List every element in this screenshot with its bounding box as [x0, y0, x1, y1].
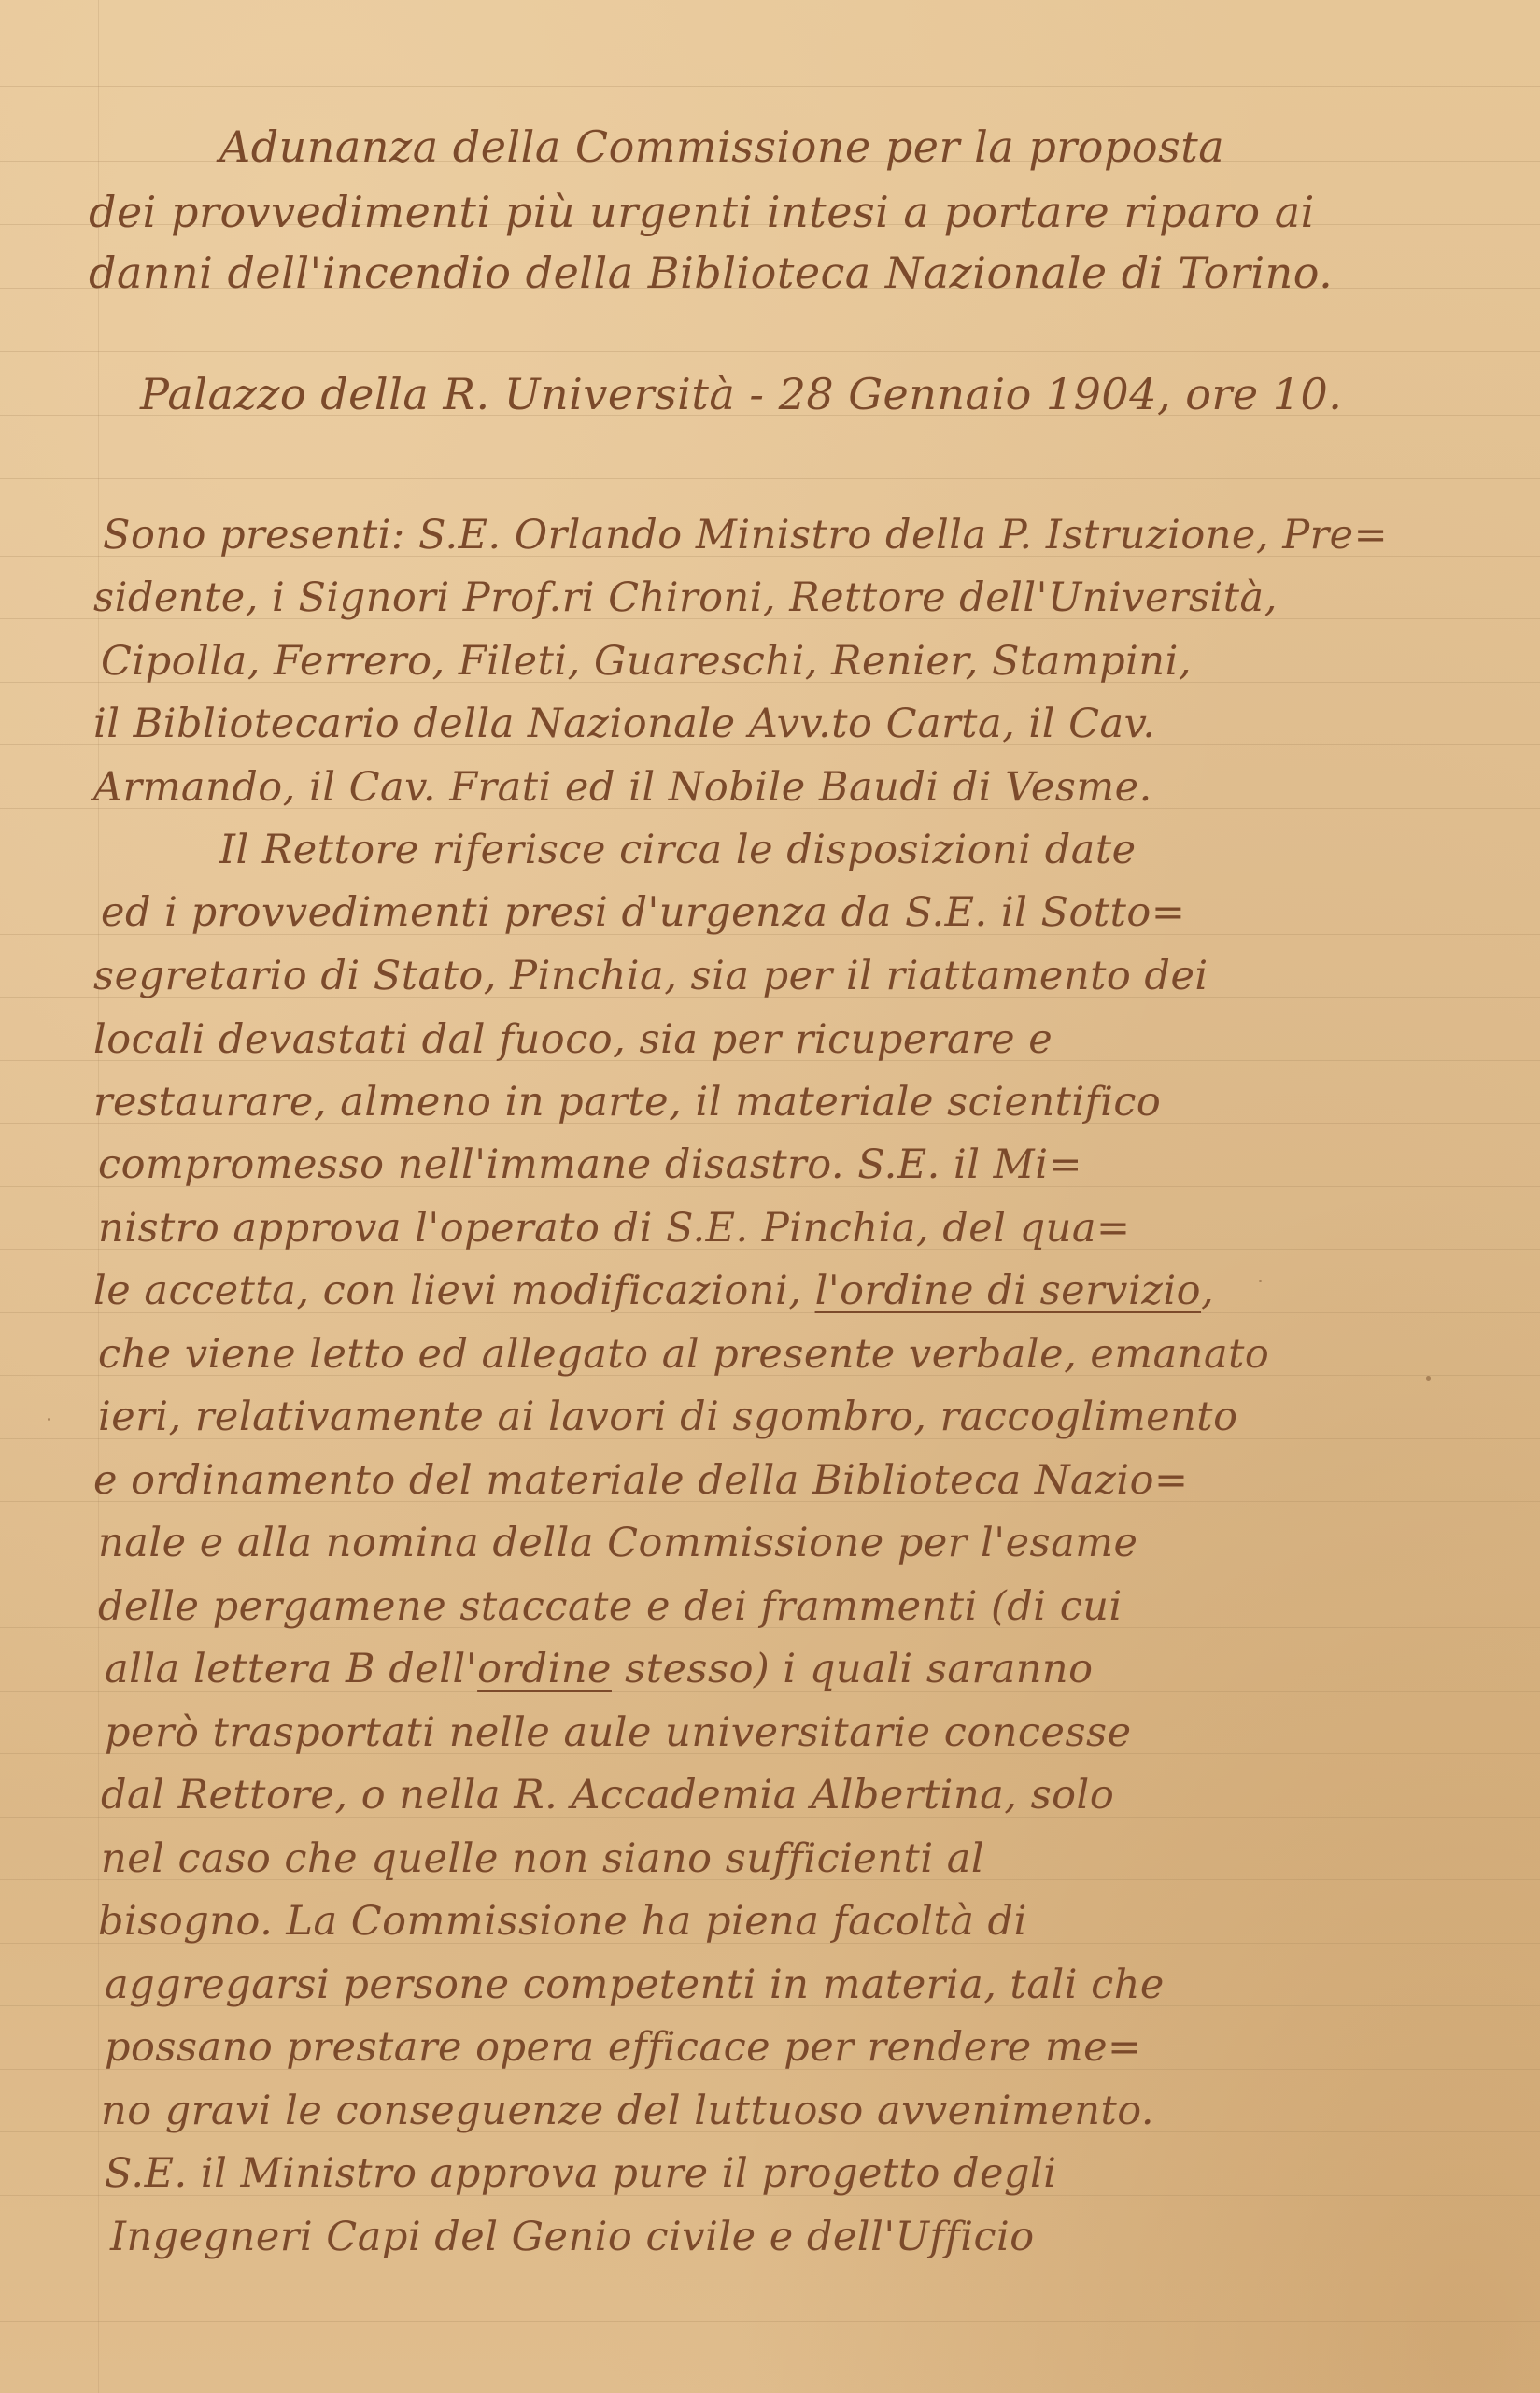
body-line: Cipolla, Ferrero, Fileti, Guareschi, Ren… — [101, 638, 1192, 685]
ink-speck — [48, 1418, 50, 1421]
body-line: alla lettera B dell'ordine stesso) i qua… — [105, 1646, 1094, 1692]
body-line: nistro approva l'operato di S.E. Pinchia… — [98, 1205, 1131, 1252]
body-line: bisogno. La Commissione ha piena facoltà… — [98, 1898, 1027, 1945]
body-line: le accetta, con lievi modificazioni, l'o… — [93, 1267, 1214, 1314]
dateline: Palazzo della R. Università - 28 Gennaio… — [140, 369, 1342, 419]
body-line: ed i provvedimenti presi d'urgenza da S.… — [101, 889, 1185, 936]
title-line-1: Adunanza della Commissione per la propos… — [219, 121, 1224, 172]
ruled-line — [0, 478, 1540, 479]
body-line: il Bibliotecario della Nazionale Avv.to … — [93, 701, 1156, 747]
underlined-phrase: ordine — [477, 1646, 612, 1692]
body-line: no gravi le conseguenze del luttuoso avv… — [101, 2088, 1154, 2134]
title-line-2: dei provvedimenti più urgenti intesi a p… — [89, 187, 1315, 237]
body-line: locali devastati dal fuoco, sia per ricu… — [93, 1016, 1053, 1063]
ruled-line — [0, 86, 1540, 87]
body-line: però trasportati nelle aule universitari… — [105, 1709, 1132, 1756]
body-line: possano prestare opera efficace per rend… — [105, 2024, 1142, 2071]
body-line: ieri, relativamente ai lavori di sgombro… — [98, 1394, 1237, 1440]
body-line-part: , — [1201, 1267, 1214, 1314]
ink-speck — [1259, 1280, 1262, 1282]
body-line: segretario di Stato, Pinchia, sia per il… — [93, 953, 1208, 999]
body-line: aggregarsi persone competenti in materia… — [105, 1961, 1165, 2008]
ruled-line — [0, 351, 1540, 352]
body-line: Sono presenti: S.E. Orlando Ministro del… — [103, 512, 1388, 559]
body-line: Ingegneri Capi del Genio civile e dell'U… — [110, 2214, 1035, 2260]
body-line: nale e alla nomina della Commissione per… — [98, 1520, 1137, 1566]
body-line: restaurare, almeno in parte, il material… — [93, 1079, 1161, 1126]
ruled-line — [0, 2321, 1540, 2322]
body-line: dal Rettore, o nella R. Accademia Albert… — [101, 1772, 1114, 1819]
body-line-part: le accetta, con lievi modificazioni, — [93, 1267, 815, 1314]
body-line: che viene letto ed allegato al presente … — [98, 1331, 1269, 1378]
body-line: Il Rettore riferisce circa le disposizio… — [219, 827, 1137, 873]
body-line: sidente, i Signori Prof.ri Chironi, Rett… — [93, 574, 1278, 621]
underlined-phrase: l'ordine di servizio — [815, 1267, 1201, 1314]
body-line: nel caso che quelle non siano sufficient… — [101, 1835, 984, 1882]
title-line-3: danni dell'incendio della Biblioteca Naz… — [89, 248, 1333, 298]
body-line: Armando, il Cav. Frati ed il Nobile Baud… — [93, 764, 1152, 811]
margin-line — [98, 0, 99, 2393]
ink-speck — [1426, 1376, 1431, 1381]
body-line-part: alla lettera B dell' — [105, 1646, 477, 1692]
manuscript-page: Adunanza della Commissione per la propos… — [0, 0, 1540, 2393]
body-line: delle pergamene staccate e dei frammenti… — [98, 1583, 1123, 1630]
body-line: e ordinamento del materiale della Biblio… — [93, 1457, 1189, 1504]
body-line: compromesso nell'immane disastro. S.E. i… — [98, 1141, 1082, 1188]
body-line-part: stesso) i quali saranno — [612, 1646, 1094, 1692]
body-line: S.E. il Ministro approva pure il progett… — [105, 2150, 1057, 2197]
